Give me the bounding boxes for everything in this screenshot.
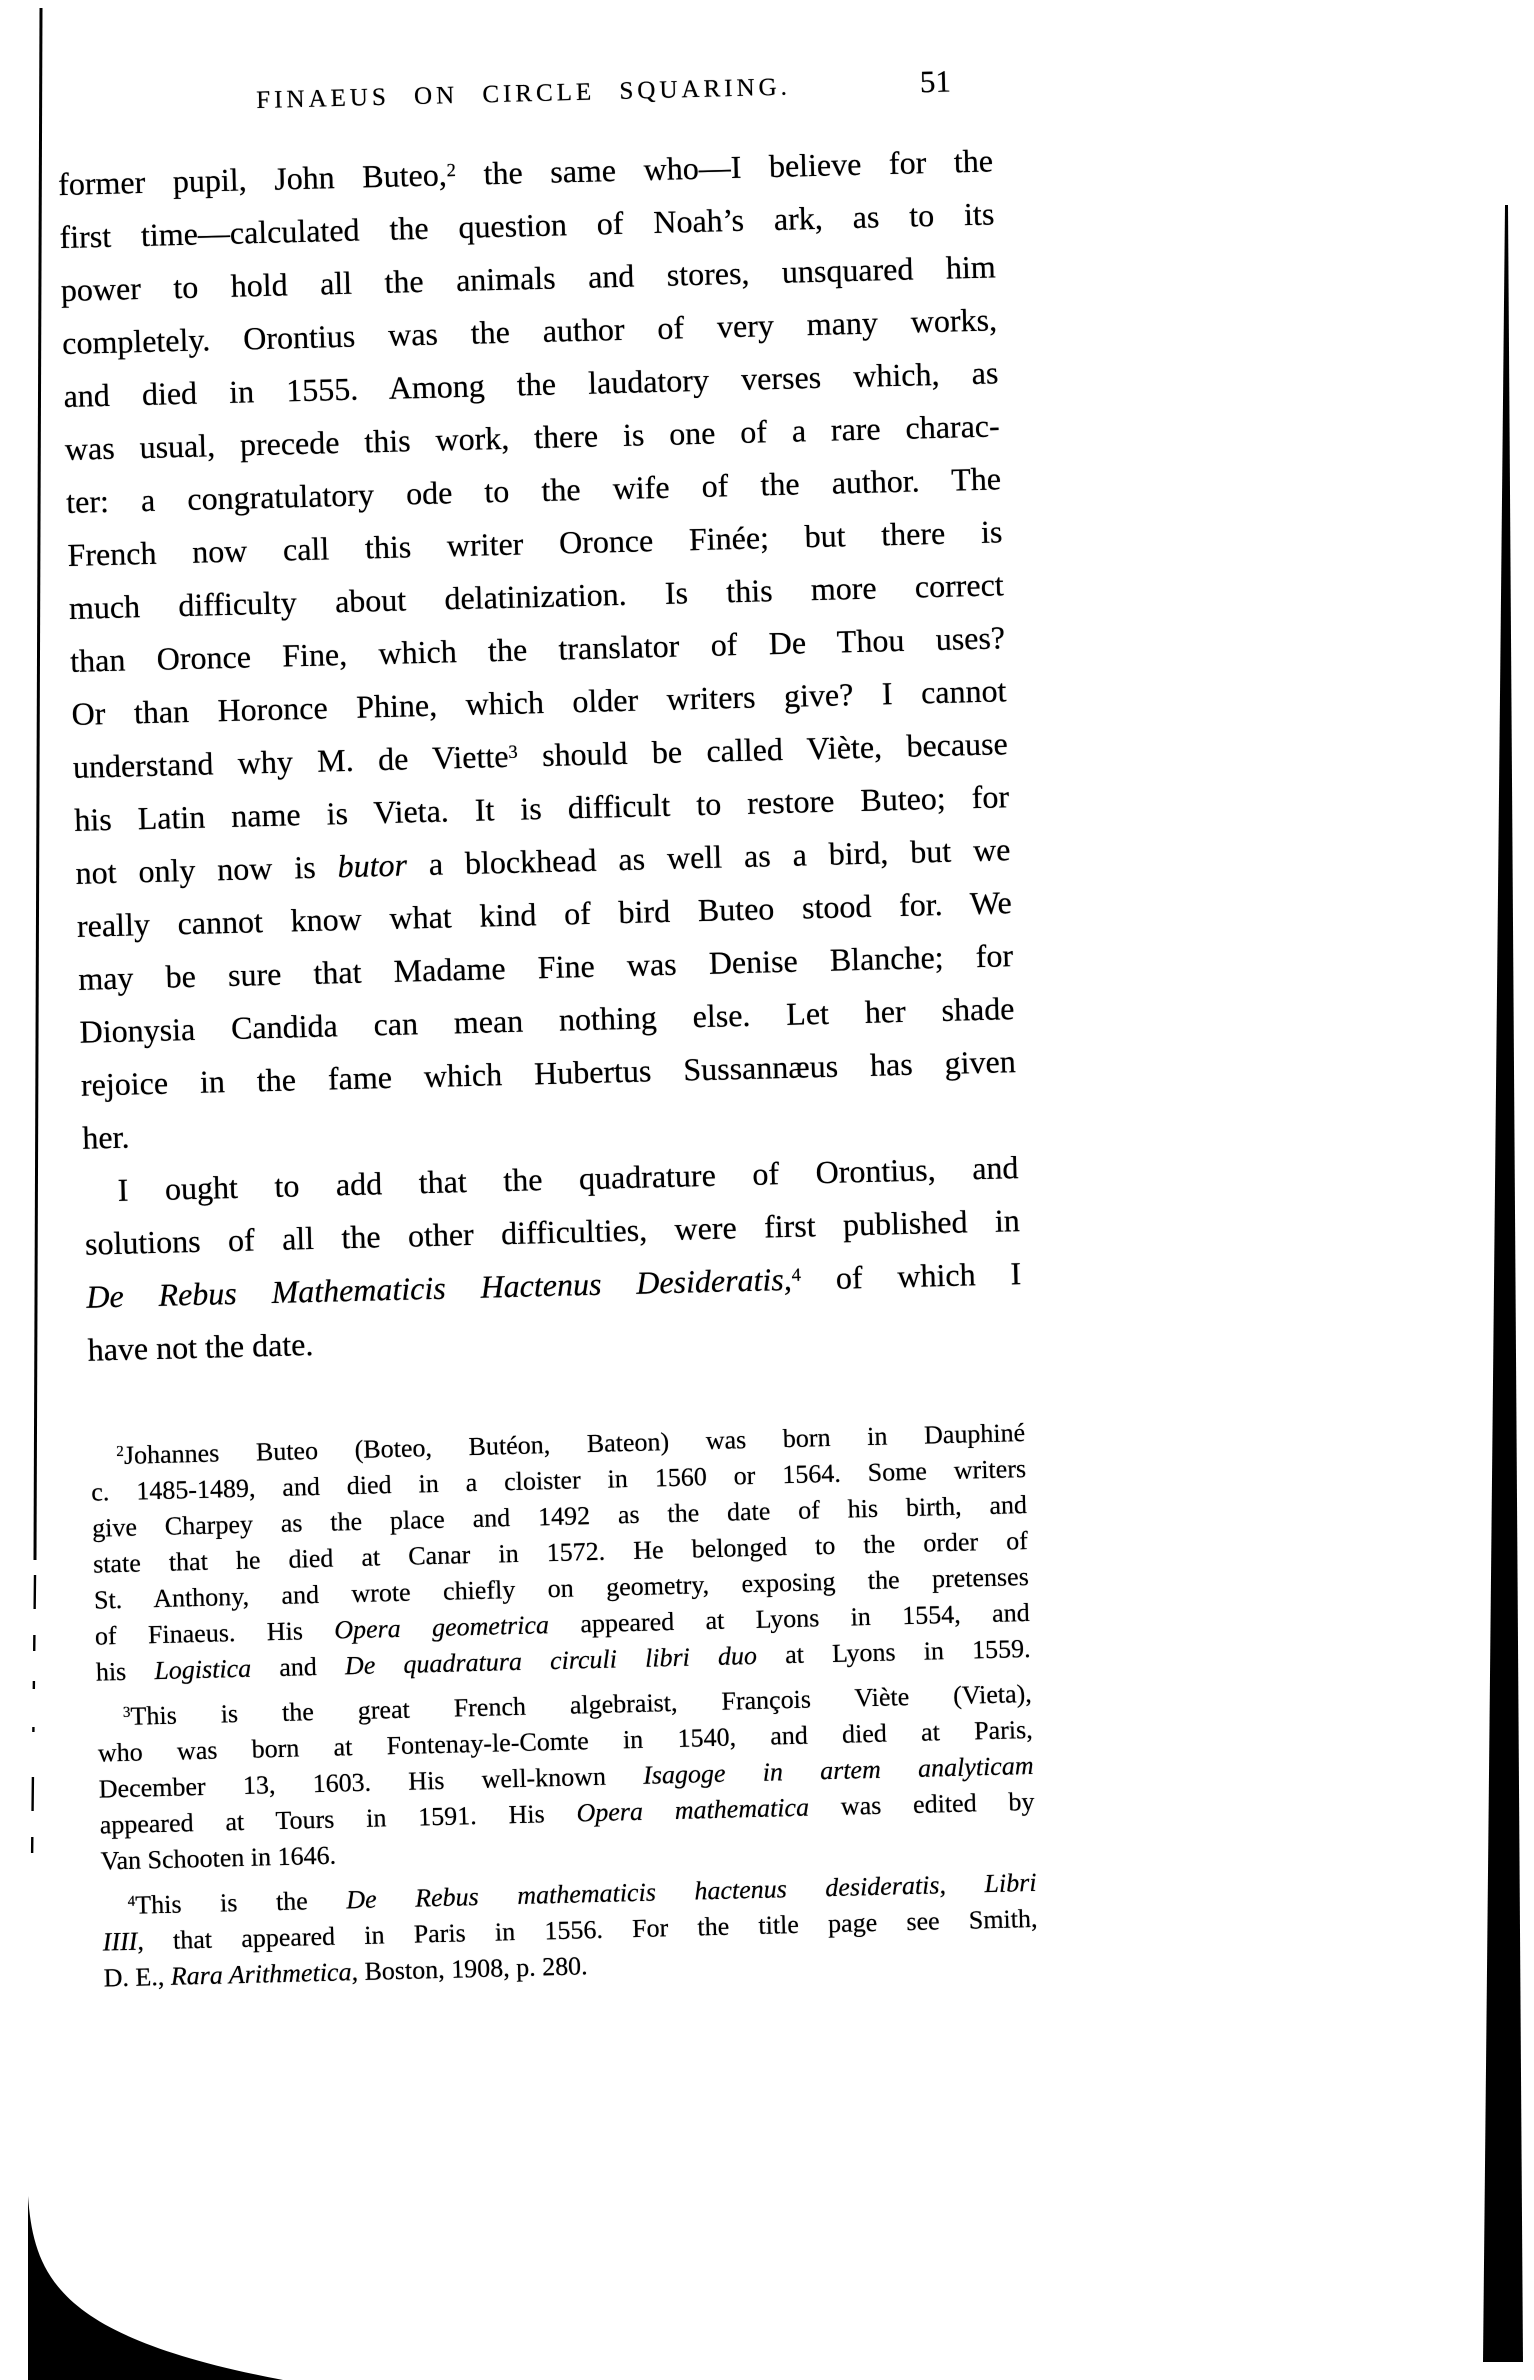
left-edge-line-dashed — [32, 1575, 35, 1865]
paragraph: former pupil, John Buteo,2 the same who—… — [58, 134, 1018, 1164]
page-curl-shadow — [28, 2196, 283, 2380]
page-number: 51 — [919, 63, 951, 100]
running-title: FINAEUS ON CIRCLE SQUARING. — [56, 68, 991, 120]
footnotes: 2Johannes Buteo (Boteo, Butéon, Bateon) … — [90, 1415, 1039, 1996]
body-text: former pupil, John Buteo,2 the same who—… — [58, 134, 1024, 1376]
right-edge-shadow — [1483, 205, 1523, 2362]
page-header: FINAEUS ON CIRCLE SQUARING. 51 — [56, 68, 992, 132]
paragraph: 3This is the great French algebraist, Fr… — [97, 1676, 1036, 1880]
paragraph: I ought to add that the quadrature of Or… — [83, 1141, 1023, 1377]
book-page: FINAEUS ON CIRCLE SQUARING. 51 former pu… — [0, 0, 1534, 2380]
paragraph: 4This is the De Rebus mathematicis hacte… — [101, 1865, 1038, 1997]
paragraph: 2Johannes Buteo (Boteo, Butéon, Bateon) … — [90, 1415, 1031, 1691]
page-content: FINAEUS ON CIRCLE SQUARING. 51 former pu… — [56, 68, 1039, 2005]
left-edge-line — [35, 8, 41, 1560]
